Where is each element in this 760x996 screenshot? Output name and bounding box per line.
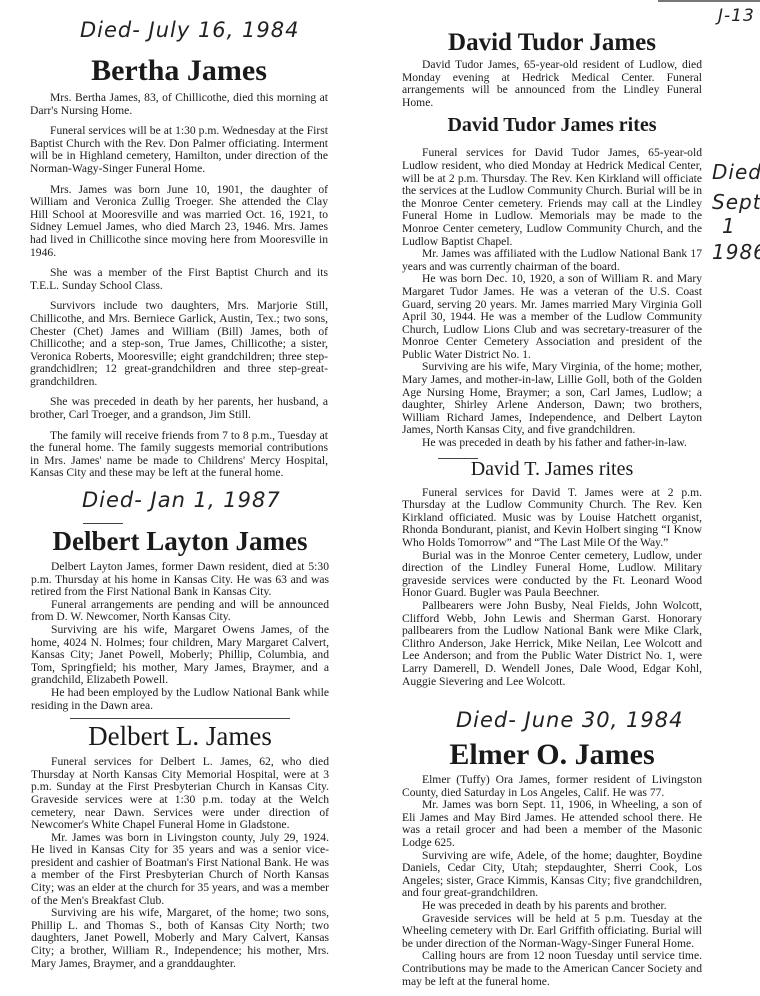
paragraph: Mr. James was born in Livingston county,…	[31, 832, 329, 908]
handwritten-death-date-elmer: Died- June 30, 1984	[456, 708, 683, 732]
obituary-david-tudor: David Tudor James David Tudor James, 65-…	[402, 30, 702, 688]
headline-elmer: Elmer O. James	[402, 740, 702, 770]
paragraph: Calling hours are from 12 noon Tuesday u…	[402, 950, 702, 988]
paragraph: He was preceded in death by his father a…	[402, 437, 702, 450]
paragraph: Surviving are his wife, Mary Virginia, o…	[402, 361, 702, 437]
handwritten-death-date-david-line1: Died-	[712, 160, 760, 184]
paragraph: Mr. James was born Sept. 11, 1906, in Wh…	[402, 799, 702, 849]
paragraph: Delbert Layton James, former Dawn reside…	[31, 561, 329, 599]
paragraph: He was preceded in death by his parents …	[402, 900, 702, 913]
handwritten-page-code: J-13	[718, 6, 755, 26]
obituary-elmer: Elmer O. James Elmer (Tuffy) Ora James, …	[402, 740, 702, 988]
paragraph: Survivors include two daughters, Mrs. Ma…	[30, 300, 328, 388]
paragraph: Funeral services for David Tudor James, …	[402, 147, 702, 248]
paragraph: Surviving are wife, Adele, of the home; …	[402, 850, 702, 900]
paragraph: She was preceded in death by her parents…	[30, 396, 328, 421]
paragraph: Pallbearers were John Busby, Neal Fields…	[402, 600, 702, 688]
headline-david-t-rites: David T. James rites	[402, 459, 702, 479]
paragraph: Elmer (Tuffy) Ora James, former resident…	[402, 774, 702, 799]
obituary-bertha: Bertha James Mrs. Bertha James, 83, of C…	[30, 56, 328, 480]
paragraph: Mrs. James was born June 10, 1901, the d…	[30, 184, 328, 260]
headline-delbert-layton: Delbert Layton James	[31, 528, 329, 555]
paragraph: Funeral arrangements are pending and wil…	[31, 599, 329, 624]
paragraph: Funeral services for Delbert L. James, 6…	[31, 756, 329, 832]
paragraph: Mrs. Bertha James, 83, of Chillicothe, d…	[30, 92, 328, 117]
paragraph: Funeral services will be at 1:30 p.m. We…	[30, 125, 328, 175]
handwritten-death-date-bertha: Died- July 16, 1984	[80, 18, 299, 42]
headline-delbert-l: Delbert L. James	[31, 723, 329, 750]
headline-david-tudor-rites: David Tudor James rites	[402, 115, 702, 135]
headline-bertha: Bertha James	[30, 56, 328, 86]
paragraph: Surviving are his wife, Margaret Owens J…	[31, 624, 329, 687]
paragraph: Mr. James was affiliated with the Ludlow…	[402, 248, 702, 273]
handwritten-death-date-delbert: Died- Jan 1, 1987	[82, 488, 281, 512]
paragraph: He had been employed by the Ludlow Natio…	[31, 687, 329, 712]
paragraph: Burial was in the Monroe Center cemetery…	[402, 550, 702, 600]
handwritten-death-date-david-line4: 1986	[712, 240, 760, 264]
paragraph: She was a member of the First Baptist Ch…	[30, 267, 328, 292]
divider	[70, 718, 290, 719]
paragraph: David Tudor James, 65-year-old resident …	[402, 59, 702, 109]
divider	[83, 523, 123, 524]
handwritten-death-date-david-line2: Sept.	[712, 190, 760, 214]
paragraph: Funeral services for David T. James were…	[402, 487, 702, 550]
paragraph: Graveside services will be held at 5 p.m…	[402, 913, 702, 951]
scan-edge-line	[658, 0, 760, 2]
paragraph: Surviving are his wife, Margaret, of the…	[31, 907, 329, 970]
handwritten-death-date-david-line3: 1	[722, 214, 736, 238]
paragraph: The family will receive friends from 7 t…	[30, 430, 328, 480]
headline-david-tudor: David Tudor James	[402, 30, 702, 55]
obituary-delbert-layton: Delbert Layton James Delbert Layton Jame…	[31, 523, 329, 970]
paragraph: He was born Dec. 10, 1920, a son of Will…	[402, 273, 702, 361]
